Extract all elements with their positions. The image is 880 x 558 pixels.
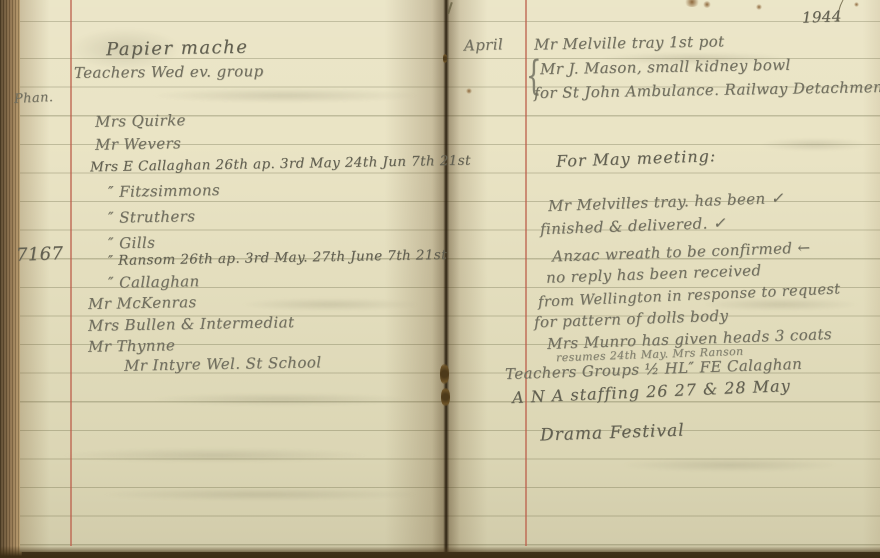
page-header: Papier mache (106, 39, 249, 59)
binding-stitch (440, 364, 449, 384)
binding-stitch (441, 388, 450, 406)
stain (466, 88, 472, 94)
handwritten-line: ″ Fitzsimmons (108, 183, 220, 200)
year-label: 1944 (802, 9, 842, 25)
handwritten-line: Mr Intyre Wel. St School (124, 355, 322, 373)
book-cover-edge (0, 0, 22, 558)
handwritten-line: Mrs Bullen & Intermediat (88, 315, 295, 334)
bleed-through-smudge (100, 488, 420, 501)
handwritten-line: Mrs Quirke (95, 113, 186, 130)
stain (756, 4, 762, 10)
binding-stitch (443, 54, 447, 63)
margin-note: Phan. (14, 91, 54, 106)
handwritten-line: Mr J. Mason, small kidney bowl (540, 58, 791, 77)
left-page (20, 0, 444, 552)
handwritten-line: Mr McKenras (88, 295, 197, 312)
bottom-page-edge (0, 546, 880, 558)
bleed-through-smudge (620, 458, 840, 472)
handwritten-line: Mr Wevers (95, 136, 181, 153)
page-subheader: Teachers Wed ev. group (74, 64, 264, 81)
bleed-through-smudge (240, 298, 420, 311)
handwritten-line: ″ Struthers (108, 209, 196, 226)
bleed-through-smudge (150, 393, 410, 406)
left-page-shading (20, 0, 444, 552)
binding-gutter (432, 0, 460, 552)
handwritten-line: ″ Callaghan (108, 274, 200, 291)
handwritten-line: Drama Festival (540, 422, 685, 444)
month-label: April (464, 37, 504, 53)
bleed-through-smudge (150, 88, 420, 103)
notebook-scan: Phan. 7167 Papier mache Teachers Wed ev.… (0, 0, 880, 558)
handwritten-line: ″ Gills (108, 236, 156, 252)
margin-number: 7167 (16, 245, 64, 265)
handwritten-line: Mr Thynne (88, 338, 175, 355)
bleed-through-smudge (60, 448, 370, 463)
handwritten-line: Mr Melville tray 1st pot (534, 34, 725, 52)
bleed-through-smudge (760, 138, 870, 151)
stain (703, 1, 711, 8)
red-margin-line-left (70, 0, 72, 546)
